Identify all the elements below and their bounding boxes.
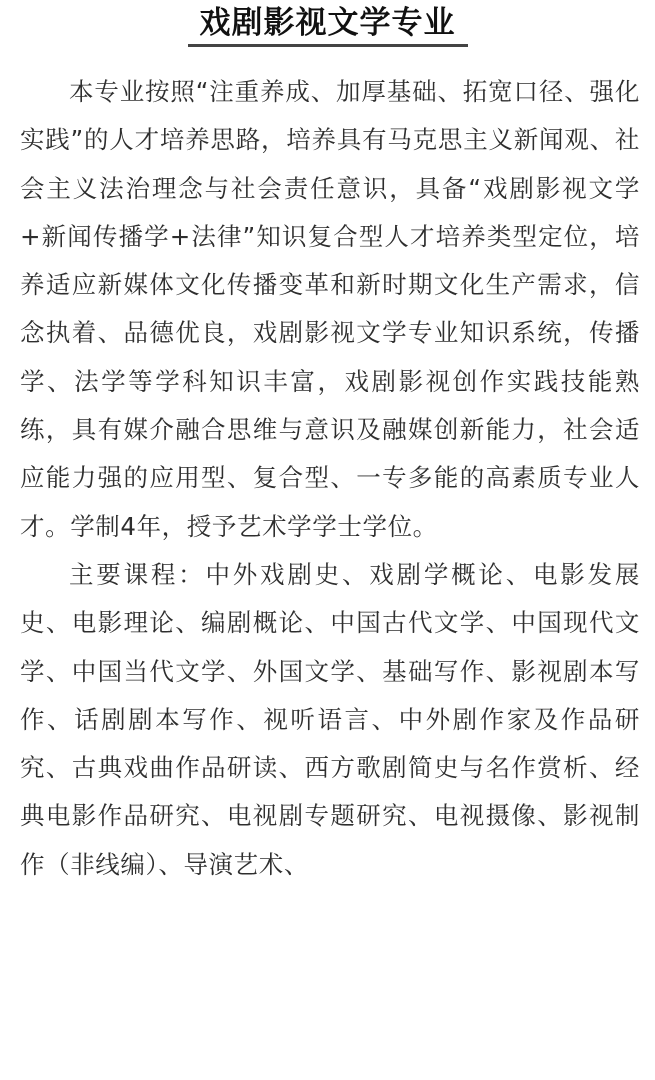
page-title: 戏剧影视文学专业 xyxy=(188,4,468,47)
title-container: 戏剧影视文学专业 xyxy=(0,0,655,68)
intro-paragraph: 本专业按照“注重养成、加厚基础、拓宽口径、强化实践”的人才培养思路，培养具有马克… xyxy=(20,68,640,551)
courses-paragraph: 主要课程：中外戏剧史、戏剧学概论、电影发展史、电影理论、编剧概论、中国古代文学、… xyxy=(20,551,640,889)
document-body: 本专业按照“注重养成、加厚基础、拓宽口径、强化实践”的人才培养思路，培养具有马克… xyxy=(20,68,640,889)
